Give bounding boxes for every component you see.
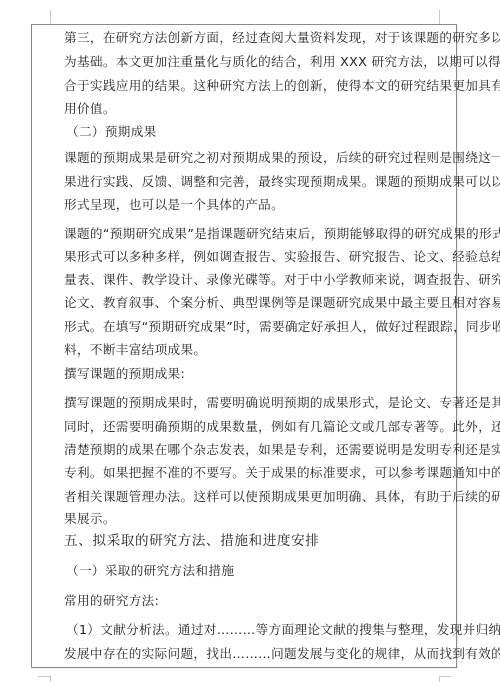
text-line: 发展中存在的实际问题，找出………问题发展与变化的规律，从而找到有效的解决对策 — [64, 646, 448, 662]
text-line: 撰写课题的预期成果时，需要明确说明预期的成果形式，是论文、专著还是其他形式。 — [64, 395, 448, 411]
text-line: 第三，在研究方法创新方面，经过查阅大量资料发现，对于该课题的研究多以量研究 — [64, 30, 448, 46]
label-common-methods: 常用的研究方法: — [64, 593, 448, 609]
label-writing-expected: 撰写课题的预期成果: — [64, 366, 448, 382]
text-line: 同时，还需要明确预期的成果数量，例如有几篇论文或几部专著等。此外，还需要写 — [64, 419, 448, 435]
text-line: 形式呈现，也可以是一个具体的产品。 — [64, 197, 448, 213]
text-line: 者相关课题管理办法。这样可以使预期成果更加明确、具体，有助于后续的研究和成 — [64, 489, 448, 505]
text-line: 合于实践应用的结果。这种研究方法上的创新，使得本文的研究结果更加具有实际应 — [64, 78, 448, 94]
document-page: 第三，在研究方法创新方面，经过查阅大量资料发现，对于该课题的研究多以量研究 为基… — [31, 24, 457, 668]
margin-mark-bottom-right — [439, 676, 451, 677]
heading-methods-measures: （一）采取的研究方法和措施 — [66, 563, 450, 579]
text-line: 料，不断丰富结项成果。 — [64, 342, 448, 358]
margin-mark-top-left — [50, 10, 51, 24]
heading-expected-results: （二）预期成果 — [66, 124, 450, 140]
text-line: 用价值。 — [64, 101, 448, 117]
text-line: 形式。在填写“预期研究成果”时，需要确定好承担人，做好过程跟踪，同步收集整理资 — [64, 319, 448, 335]
margin-mark-bottom-left-v — [50, 676, 51, 682]
margin-mark-top-right — [439, 10, 440, 24]
text-line: 课题的“预期研究成果”是指课题研究结束后，预期能够取得的研究成果的形式。这些成 — [64, 226, 448, 242]
text-line: 果展示。 — [64, 511, 448, 527]
heading-section-five: 五、拟采取的研究方法、措施和进度安排 — [64, 533, 448, 549]
text-line: 果形式可以多种多样，例如调查报告、实验报告、研究报告、论文、经验总结、测试 — [64, 249, 448, 265]
text-line: 课题的预期成果是研究之初对预期成果的预设，后续的研究过程则是围绕这一预期成 — [64, 150, 448, 166]
text-line: 果进行实践、反馈、调整和完善，最终实现预期成果。课题的预期成果可以以论文的 — [64, 174, 448, 190]
text-line: 清楚预期的成果在哪个杂志发表，如果是专利，还需要说明是发明专利还是实用新型 — [64, 442, 448, 458]
text-line: 论文、教育叙事、个案分析、典型课例等是课题研究成果中最主要且相对容易表现的 — [64, 295, 448, 311]
margin-mark-bottom-right-v — [439, 676, 440, 682]
text-line: 为基础。本文更加注重量化与质化的结合，利用 XXX 研究方法，以期可以得出更加适 — [64, 54, 448, 70]
text-line: 量表、课件、教学设计、录像光碟等。对于中小学教师来说，调查报告、研究报告、 — [64, 272, 448, 288]
text-line: （1）文献分析法。通过对………等方面理论文献的搜集与整理，发现并归纳出………在 — [66, 622, 448, 638]
margin-mark-bottom-left — [38, 676, 50, 677]
text-line: 专利。如果把握不准的不要写。关于成果的标准要求，可以参考课题通知中的要求或 — [64, 465, 448, 481]
